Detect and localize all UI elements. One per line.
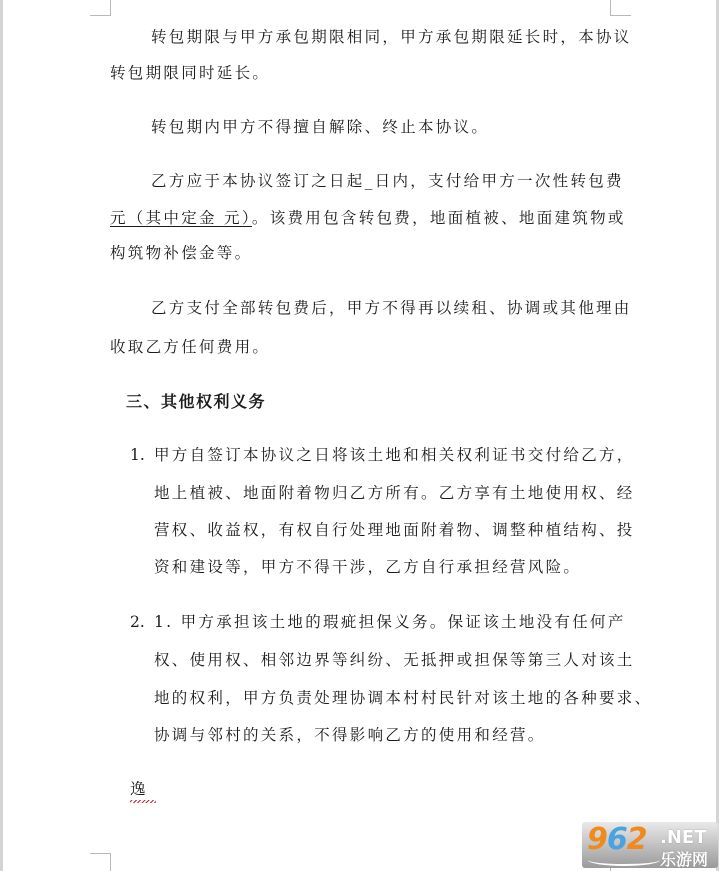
paragraph-3-line-3: 构筑物补偿金等。 <box>110 243 252 263</box>
crop-mark-bottom-left <box>90 853 111 871</box>
window-left-edge <box>0 0 3 871</box>
fee-amount-underlined: 元（其中定金 元） <box>110 209 252 227</box>
section-heading: 三、其他权利义务 <box>126 392 266 412</box>
crop-mark-top-right <box>610 0 631 16</box>
paragraph-4-line-1: 乙方支付全部转包费后，甲方不得再以续租、协调或其他理由 <box>151 298 632 318</box>
watermark-suffix: .NET <box>660 827 706 848</box>
list-item-2-line-4: 协调与邻村的关系，不得影响乙方的使用和经营。 <box>154 725 546 745</box>
list-item-2-number: 2. <box>130 612 145 632</box>
misspelled-word[interactable]: 逸 <box>130 779 146 799</box>
paragraph-3-line-2: 元（其中定金 元）。该费用包含转包费，地面植被、地面建筑物或 <box>110 208 626 228</box>
list-item-1-line-2: 地上植被、地面附着物归乙方所有。乙方享有土地使用权、经 <box>154 483 635 503</box>
list-item-1-line-1: 甲方自签订本协议之日将该土地和相关权利证书交付给乙方， <box>154 445 635 465</box>
paragraph-2-line-1: 转包期内甲方不得擅自解除、终止本协议。 <box>151 117 489 137</box>
paragraph-3-line-1: 乙方应于本协议签订之日起_日内，支付给甲方一次性转包费 <box>151 171 624 191</box>
list-item-1-number: 1. <box>130 445 145 465</box>
watermark-swoosh-icon <box>588 854 660 866</box>
list-item-2-line-2: 权、使用权、相邻边界等纠纷、无抵押或担保等第三人对该土 <box>154 650 635 670</box>
list-item-2-line-3: 地的权利，甲方负责处理协调本村村民针对该土地的各种要求、 <box>154 688 652 708</box>
paragraph-1-line-1: 转包期限与甲方承包期限相同，甲方承包期限延长时，本协议 <box>151 27 632 47</box>
watermark-site-name: 乐游网 <box>660 847 708 868</box>
watermark-number: 962 <box>587 822 647 857</box>
list-item-1-line-4: 资和建设等，甲方不得干涉，乙方自行承担经营风险。 <box>154 557 581 577</box>
list-item-1-line-3: 营权、收益权，有权自行处理地面附着物、调整种植结构、投 <box>154 520 635 540</box>
list-item-2-line-1: 1. 甲方承担该土地的瑕疵担保义务。保证该土地没有任何产 <box>154 612 626 632</box>
paragraph-4-line-2: 收取乙方任何费用。 <box>110 337 270 357</box>
crop-mark-top-left <box>90 0 111 16</box>
paragraph-1-line-2: 转包期限同时延长。 <box>110 63 270 83</box>
site-watermark-logo: 962 .NET 乐游网 <box>582 822 718 868</box>
paragraph-3-line-2-rest: 。该费用包含转包费，地面植被、地面建筑物或 <box>252 209 626 227</box>
